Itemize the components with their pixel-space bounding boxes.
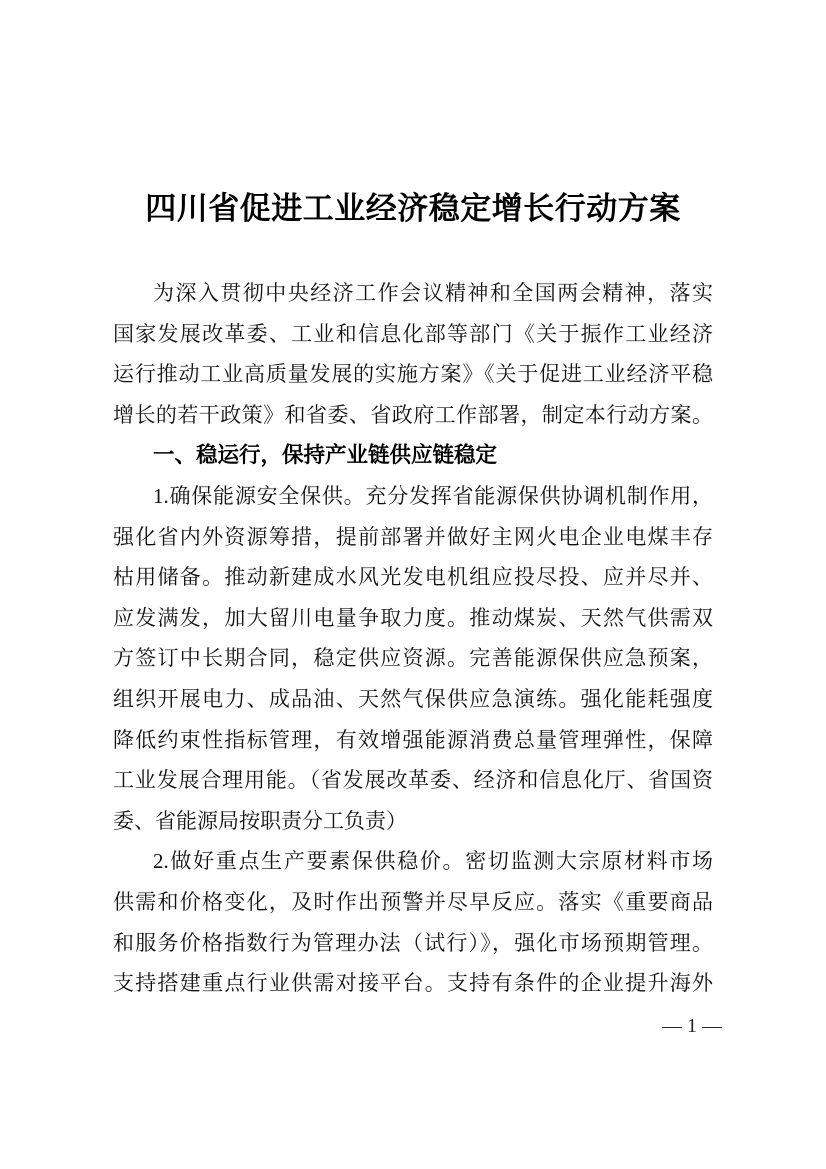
item-1-line: 工业发展合理用能。（省发展改革委、经济和信息化厅、省国资 bbox=[113, 760, 713, 801]
intro-paragraph-line: 为深入贯彻中央经济工作会议精神和全国两会精神，落实 bbox=[113, 273, 713, 314]
intro-paragraph-line: 增长的若干政策》和省委、省政府工作部署，制定本行动方案。 bbox=[113, 395, 713, 436]
document-page: 四川省促进工业经济稳定增长行动方案 为深入贯彻中央经济工作会议精神和全国两会精神… bbox=[0, 0, 826, 1169]
item-1-line: 降低约束性指标管理，有效增强能源消费总量管理弹性，保障 bbox=[113, 720, 713, 761]
item-2-line: 和服务价格指数行为管理办法（试行）》，强化市场预期管理。 bbox=[113, 923, 713, 964]
intro-paragraph-line: 运行推动工业高质量发展的实施方案》《关于促进工业经济平稳 bbox=[113, 354, 713, 395]
item-1-line: 枯用储备。推动新建成水风光发电机组应投尽投、应并尽并、 bbox=[113, 557, 713, 598]
item-1-line: 1.确保能源安全保供。充分发挥省能源保供协调机制作用， bbox=[113, 476, 713, 517]
item-1-line: 委、省能源局按职责分工负责） bbox=[113, 801, 713, 842]
item-1-line: 应发满发，加大留川电量争取力度。推动煤炭、天然气供需双 bbox=[113, 598, 713, 639]
document-title: 四川省促进工业经济稳定增长行动方案 bbox=[90, 192, 736, 226]
item-2-line: 供需和价格变化，及时作出预警并尽早反应。落实《重要商品 bbox=[113, 882, 713, 923]
item-2-line: 支持搭建重点行业供需对接平台。支持有条件的企业提升海外 bbox=[113, 963, 713, 1004]
item-1-line: 强化省内外资源筹措，提前部署并做好主网火电企业电煤丰存 bbox=[113, 517, 713, 558]
page-number: — 1 — bbox=[0, 1014, 722, 1038]
intro-paragraph-line: 国家发展改革委、工业和信息化部等部门《关于振作工业经济 bbox=[113, 314, 713, 355]
section-1-heading: 一、稳运行，保持产业链供应链稳定 bbox=[113, 435, 713, 476]
item-1-line: 组织开展电力、成品油、天然气保供应急演练。强化能耗强度 bbox=[113, 679, 713, 720]
item-2-line: 2.做好重点生产要素保供稳价。密切监测大宗原材料市场 bbox=[113, 841, 713, 882]
item-1-line: 方签订中长期合同，稳定供应资源。完善能源保供应急预案， bbox=[113, 638, 713, 679]
document-body: 为深入贯彻中央经济工作会议精神和全国两会精神，落实 国家发展改革委、工业和信息化… bbox=[113, 273, 713, 1004]
